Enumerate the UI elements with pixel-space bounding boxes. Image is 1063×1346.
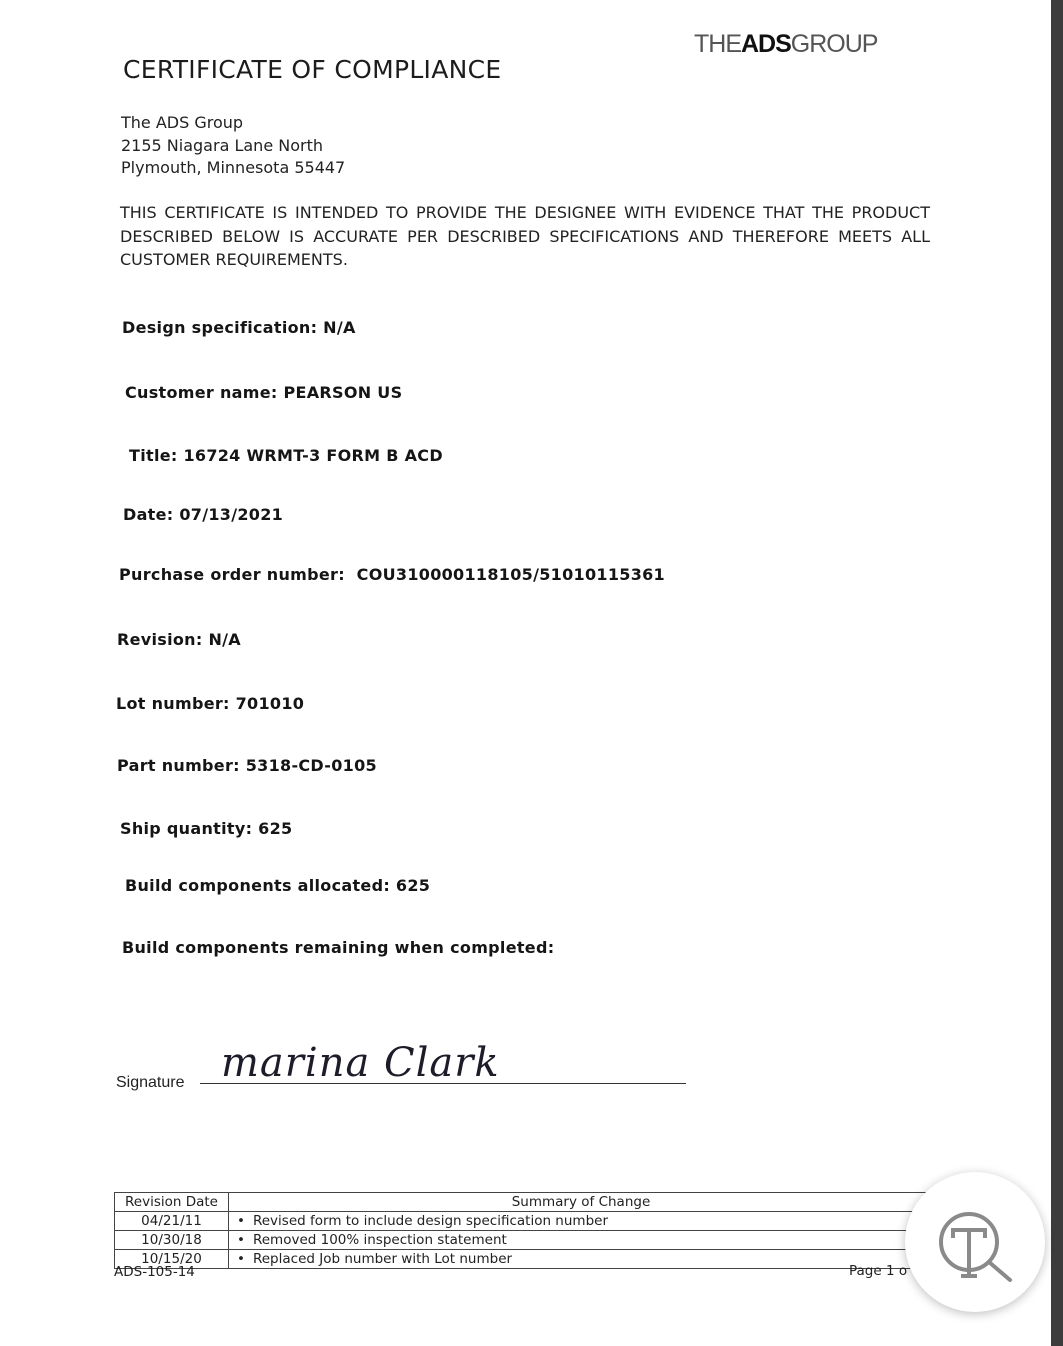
form-id: ADS-105-14 xyxy=(114,1264,195,1280)
address-line: Plymouth, Minnesota 55447 xyxy=(121,157,345,180)
logo-suffix: GROUP xyxy=(791,30,878,58)
part-number-field: Part number: 5318-CD-0105 xyxy=(117,756,377,775)
text-search-icon xyxy=(935,1212,1015,1282)
design-specification-field: Design specification: N/A xyxy=(122,318,356,337)
table-header-row: Revision Date Summary of Change xyxy=(115,1193,934,1212)
scrollbar[interactable] xyxy=(1051,0,1063,1346)
compliance-statement: THIS CERTIFICATE IS INTENDED TO PROVIDE … xyxy=(120,201,930,272)
signature-block: Signature marina Clark xyxy=(116,1040,686,1092)
date-field: Date: 07/13/2021 xyxy=(123,505,283,524)
revision-summary: Revised form to include design specifica… xyxy=(229,1212,934,1231)
logo-prefix: THE xyxy=(694,30,741,58)
header-revision-date: Revision Date xyxy=(115,1193,229,1212)
revision-date: 04/21/11 xyxy=(115,1212,229,1231)
build-allocated-field: Build components allocated: 625 xyxy=(125,876,430,895)
customer-name-field: Customer name: PEARSON US xyxy=(125,383,402,402)
logo-brand: ADS xyxy=(741,30,791,58)
lot-number-field: Lot number: 701010 xyxy=(116,694,304,713)
company-logo: THEADSGROUP xyxy=(694,30,877,59)
document-title: CERTIFICATE OF COMPLIANCE xyxy=(123,55,501,84)
purchase-order-field: Purchase order number: COU310000118105/5… xyxy=(119,565,665,584)
signature-handwriting: marina Clark xyxy=(221,1040,500,1086)
revision-field: Revision: N/A xyxy=(117,630,241,649)
revision-summary: Removed 100% inspection statement xyxy=(229,1231,934,1250)
table-row: 10/15/20 Replaced Job number with Lot nu… xyxy=(115,1250,934,1269)
header-summary-of-change: Summary of Change xyxy=(229,1193,934,1212)
signature-label: Signature xyxy=(116,1074,185,1092)
table-row: 10/30/18 Removed 100% inspection stateme… xyxy=(115,1231,934,1250)
title-field: Title: 16724 WRMT-3 FORM B ACD xyxy=(129,446,443,465)
ship-quantity-field: Ship quantity: 625 xyxy=(120,819,292,838)
table-row: 04/21/11 Revised form to include design … xyxy=(115,1212,934,1231)
address-line: 2155 Niagara Lane North xyxy=(121,135,345,158)
revision-summary: Replaced Job number with Lot number xyxy=(229,1250,934,1269)
address-line: The ADS Group xyxy=(121,112,345,135)
company-address: The ADS Group 2155 Niagara Lane North Pl… xyxy=(121,112,345,180)
page-number: Page 1 o xyxy=(849,1263,907,1279)
text-search-button[interactable] xyxy=(905,1172,1045,1312)
build-remaining-field: Build components remaining when complete… xyxy=(122,938,554,957)
revision-date: 10/30/18 xyxy=(115,1231,229,1250)
revision-history-table: Revision Date Summary of Change 04/21/11… xyxy=(114,1192,934,1269)
